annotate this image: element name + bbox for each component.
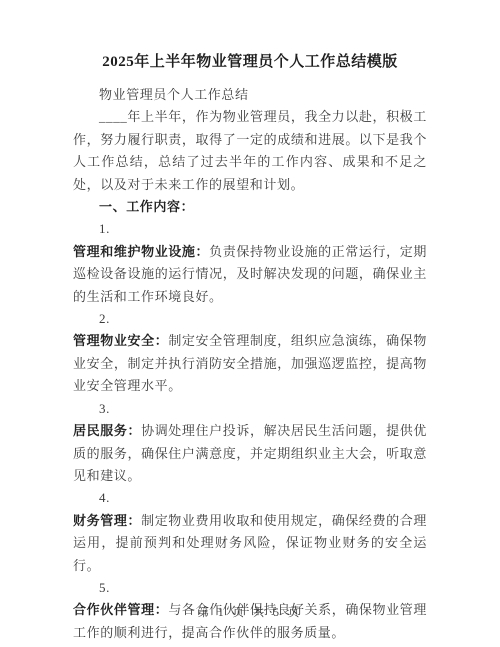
page-footer: 第 1 页 共 5 页 xyxy=(0,604,500,620)
item-number: 4. xyxy=(73,487,427,509)
item-lead: 居民服务： xyxy=(73,423,141,438)
item-number: 3. xyxy=(73,398,427,420)
doc-heading: 物业管理员个人工作总结 xyxy=(73,84,427,106)
item-paragraph: 居民服务：协调处理住户投诉，解决居民生活问题，提供优质的服务，确保住户满意度，并… xyxy=(73,420,427,487)
item-lead: 管理物业安全： xyxy=(73,333,168,348)
intro-paragraph: ____年上半年，作为物业管理员，我全力以赴，积极工作，努力履行职责，取得了一定… xyxy=(73,106,427,196)
item-lead: 财务管理： xyxy=(73,513,141,528)
item-paragraph: 管理物业安全：制定安全管理制度，组织应急演练，确保物业安全，制定并执行消防安全措… xyxy=(73,330,427,397)
item-lead: 管理和维护物业设施： xyxy=(73,244,209,259)
item-number: 2. xyxy=(73,308,427,330)
item-number: 5. xyxy=(73,577,427,599)
section-heading: 一、工作内容： xyxy=(73,196,427,218)
item-paragraph: 财务管理：制定物业费用收取和使用规定，确保经费的合理运用，提前预判和处理财务风险… xyxy=(73,510,427,577)
item-number: 1. xyxy=(73,218,427,240)
document-page: 2025年上半年物业管理员个人工作总结模版 物业管理员个人工作总结 ____年上… xyxy=(0,0,500,647)
document-body: 物业管理员个人工作总结 ____年上半年，作为物业管理员，我全力以赴，积极工作，… xyxy=(0,84,500,644)
item-paragraph: 管理和维护物业设施：负责保持物业设施的正常运行，定期巡检设备设施的运行情况，及时… xyxy=(73,241,427,308)
page-title: 2025年上半年物业管理员个人工作总结模版 xyxy=(0,0,500,73)
